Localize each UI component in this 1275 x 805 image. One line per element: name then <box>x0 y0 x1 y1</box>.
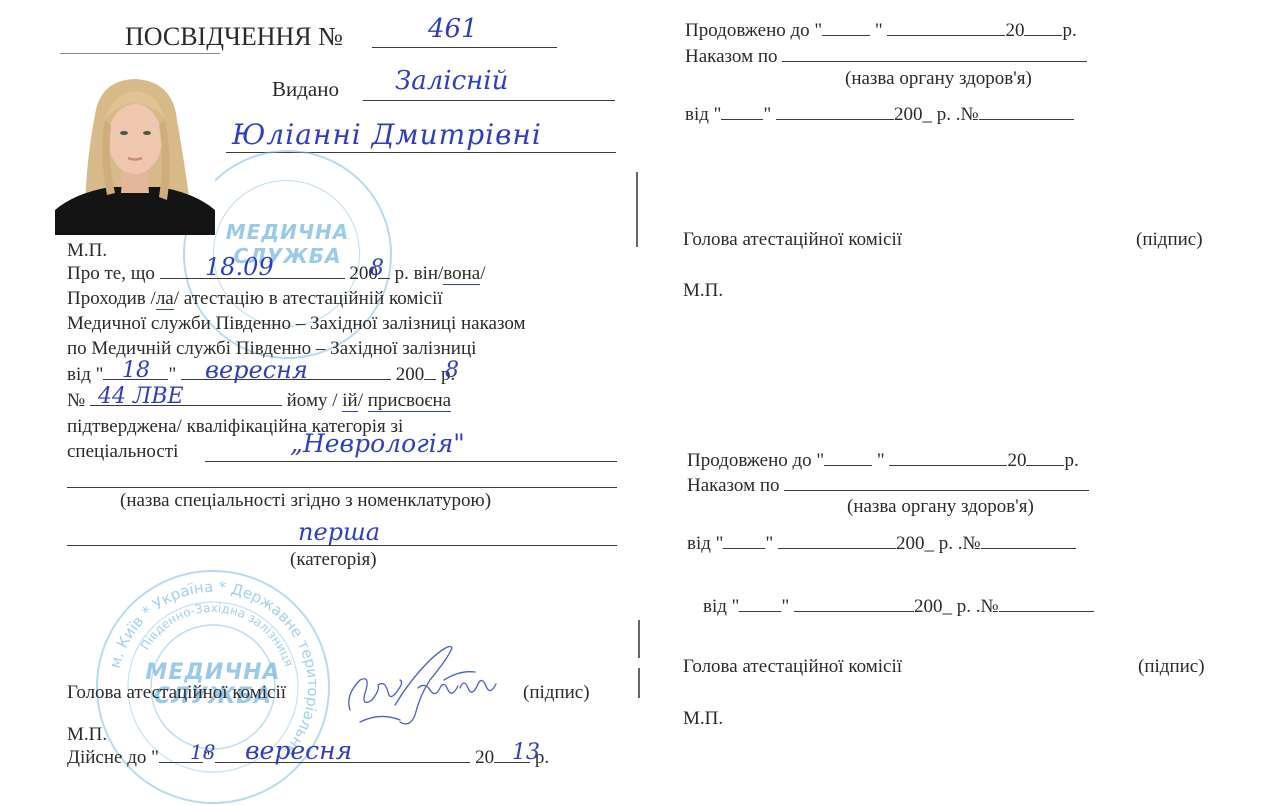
ext2-from-day-blank <box>723 547 765 549</box>
ext2-extra-from-prefix: від " <box>703 596 739 617</box>
fold-mark-top-2 <box>636 212 638 247</box>
ext2-number-blank <box>981 547 1076 549</box>
stamp-text-line1: МЕДИЧНА <box>185 220 390 244</box>
ext2-extra-year: 200_ р. .№ <box>914 596 999 617</box>
chair-label-right-1: Голова атестаційної комісії <box>683 229 902 251</box>
fold-mark-bottom-2 <box>638 668 640 698</box>
certificate-title: ПОСВІДЧЕННЯ № <box>125 22 343 52</box>
order-year-prefix: 200 <box>396 364 425 385</box>
certificate-number: 461 <box>428 14 478 44</box>
ext2-year-suffix: р. <box>1064 450 1078 471</box>
assigned-mid: / <box>358 390 368 411</box>
signature-caption-left: (підпис) <box>523 682 590 704</box>
ext2-from-month-blank <box>778 547 896 549</box>
extension-2-until-line: Продовжено до " " 20р. <box>687 450 1079 472</box>
ext1-from-day-blank <box>721 118 763 120</box>
line1-prefix: Про те, що <box>67 263 155 284</box>
ext1-from-prefix: від " <box>685 104 721 125</box>
specialty-label: спеціальності <box>67 441 178 463</box>
ext2-order-caption: (назва органу здоров'я) <box>847 496 1034 518</box>
order-from-prefix: від " <box>67 364 103 385</box>
ext1-month-blank <box>887 34 1005 36</box>
seal-mark-right-1: М.П. <box>683 280 723 302</box>
order-year-digit: 8 <box>445 358 459 383</box>
medical-service-line: Медичної служби Південно – Західної залі… <box>67 313 526 335</box>
ext2-day-blank <box>824 464 872 466</box>
ext1-day-blank <box>822 34 870 36</box>
ext1-number-blank <box>979 118 1074 120</box>
valid-year: 13 <box>512 740 540 765</box>
attestation-date: 18.09 <box>205 253 274 281</box>
signature-caption-right-1: (підпис) <box>1136 229 1203 251</box>
ext1-year-blank <box>1024 34 1062 36</box>
order-no-label: № <box>67 390 85 411</box>
ext2-order-label: Наказом по <box>687 475 780 496</box>
chair-label-left: Голова атестаційної комісії <box>67 682 286 704</box>
issued-surname-line <box>363 100 615 101</box>
line1-suffix: р. він/ <box>395 263 444 284</box>
extension-2-extra-from-line: від "" 200_ р. .№ <box>703 596 1094 618</box>
line2-prefix: Проходив / <box>67 288 156 309</box>
valid-year-prefix: 20 <box>475 747 494 768</box>
ext2-year-prefix: 20 <box>1007 450 1026 471</box>
chair-label-right-2: Голова атестаційної комісії <box>683 656 902 678</box>
fold-mark-bottom-1 <box>638 620 640 658</box>
ext2-quote: " <box>872 450 885 471</box>
ext2-extra-month-blank <box>794 610 914 612</box>
ext2-from-prefix: від " <box>687 533 723 554</box>
attestation-date-line: Про те, що 200 р. він/вона/ <box>67 263 486 285</box>
gender-suffix-selected: ла <box>156 288 174 310</box>
ext1-order-blank <box>782 60 1087 62</box>
valid-month: вересня <box>245 736 352 765</box>
ext2-extra-day-blank <box>739 610 781 612</box>
ext2-order-blank <box>784 489 1089 491</box>
ext2-extra-quote: " <box>781 596 789 617</box>
ext2-month-blank <box>889 464 1007 466</box>
attestation-year-digit: 8 <box>370 256 384 281</box>
title-text: ПОСВІДЧЕННЯ № <box>125 22 343 51</box>
valid-prefix: Дійсне до " <box>67 747 159 768</box>
order-number: 44 ЛВЕ <box>98 384 184 409</box>
seal-mark-2: М.П. <box>67 724 107 746</box>
category-caption: (категорія) <box>290 549 377 571</box>
order-year-digit-blank <box>424 378 436 380</box>
extension-1-from-line: від "" 200_ р. .№ <box>685 104 1074 126</box>
ext1-from-year: 200_ р. .№ <box>894 104 979 125</box>
line1-end: / <box>480 263 485 284</box>
line2-suffix: / атестацію в атестаційній комісії <box>174 288 443 309</box>
ext1-year-prefix: 20 <box>1005 20 1024 41</box>
assigned-selected: присвоєна <box>368 390 451 412</box>
extension-1-until-line: Продовжено до " " 20р. <box>685 20 1077 42</box>
category-value: перша <box>298 518 380 546</box>
extension-2-order-line: Наказом по <box>687 475 1089 497</box>
specialty-caption: (назва спеціальності згідно з номенклату… <box>120 490 491 512</box>
valid-day: 18 <box>190 740 215 764</box>
portrait-photo <box>55 75 215 235</box>
issued-label: Видано <box>272 78 339 100</box>
specialty-value: „Неврологія" <box>290 429 465 458</box>
extension-1-order-line: Наказом по <box>685 46 1087 68</box>
assigned-prefix: йому / <box>287 390 343 411</box>
extension-2-from-line: від "" 200_ р. .№ <box>687 533 1076 555</box>
ext2-extended-to-prefix: Продовжено до " <box>687 450 824 471</box>
issued-name: Юліанні Дмитрівні <box>232 118 542 151</box>
ext2-from-quote: " <box>765 533 773 554</box>
issued-surname: Залісній <box>395 66 508 96</box>
ext1-quote: " <box>870 20 883 41</box>
specialty-line <box>205 461 617 462</box>
ext1-from-quote: " <box>763 104 771 125</box>
specialty-second-line <box>67 487 617 488</box>
ext1-order-caption: (назва органу здоров'я) <box>845 68 1032 90</box>
certificate-number-line <box>372 47 557 48</box>
signature-icon <box>340 640 520 730</box>
assigned-her-selected: ій <box>342 390 357 412</box>
seal-mark-1: М.П. <box>67 240 107 262</box>
ext1-from-month-blank <box>776 118 894 120</box>
ext1-year-suffix: р. <box>1062 20 1076 41</box>
order-quote: " <box>168 364 176 385</box>
passed-attestation-line: Проходив /ла/ атестацію в атестаційній к… <box>67 288 443 310</box>
ext1-order-label: Наказом по <box>685 46 778 67</box>
ext2-extra-number-blank <box>999 610 1094 612</box>
signature-caption-right-2: (підпис) <box>1138 656 1205 678</box>
fold-mark-top-1 <box>636 172 638 214</box>
decorative-rule <box>60 53 220 54</box>
person-photo-icon <box>55 75 215 235</box>
ext2-year-blank <box>1026 464 1064 466</box>
ext2-from-year: 200_ р. .№ <box>896 533 981 554</box>
order-month: вересня <box>205 356 308 384</box>
extended-to-prefix: Продовжено до " <box>685 20 822 41</box>
seal-mark-right-2: М.П. <box>683 708 723 730</box>
gender-selected-she: вона <box>443 263 480 285</box>
order-day: 18 <box>122 358 150 383</box>
category-line <box>67 545 617 546</box>
